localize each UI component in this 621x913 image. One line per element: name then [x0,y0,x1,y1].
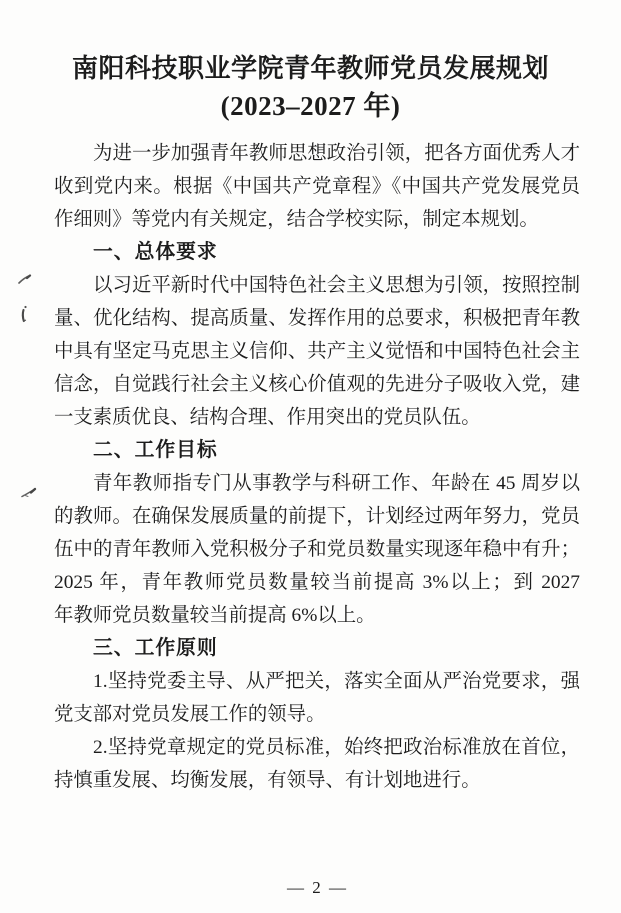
document-title-line1: 南阳科技职业学院青年教师党员发展规划 [0,50,621,88]
paragraph-line: 青年教师指专门从事教学与科研工作、年龄在 45 周岁以下 [54,467,580,500]
paragraph-line: 1.坚持党委主导、从严把关，落实全面从严治党要求，强化 [54,665,580,698]
document-title: 南阳科技职业学院青年教师党员发展规划 (2023–2027 年) [0,0,621,124]
document-body: 为进一步加强青年教师思想政治引领，把各方面优秀人才吸 收到党内来。根据《中国共产… [54,137,580,797]
paragraph-line: 以习近平新时代中国特色社会主义思想为引领，按照控制总 [54,269,580,302]
paragraph-line: 伍中的青年教师入党积极分子和党员数量实现逐年稳中有升；到 [54,533,580,566]
paragraph-line: 收到党内来。根据《中国共产党章程》《中国共产党发展党员工 [54,170,580,203]
paragraph-line: 的教师。在确保发展质量的前提下，计划经过两年努力，党员队 [54,500,580,533]
ink-smudge-icon [18,274,32,284]
document-title-line2: (2023–2027 年) [0,88,621,124]
paragraph-line: 量、优化结构、提高质量、发挥作用的总要求，积极把青年教师 [54,302,580,335]
section-heading-3: 三、工作原则 [54,632,580,665]
section-heading-2: 二、工作目标 [54,434,580,467]
paragraph-line: 年教师党员数量较当前提高 6%以上。 [54,599,580,632]
paragraph-line: 信念，自觉践行社会主义核心价值观的先进分子吸收入党，建设 [54,368,580,401]
ink-smudge-icon [21,487,37,498]
ink-smudge-icon [19,305,29,323]
paragraph-line: 2.坚持党章规定的党员标准，始终把政治标准放在首位，坚 [54,731,580,764]
paragraph-line: 持慎重发展、均衡发展，有领导、有计划地进行。 [54,764,580,797]
paragraph-line: 为进一步加强青年教师思想政治引领，把各方面优秀人才吸 [54,137,580,170]
paragraph-line: 作细则》等党内有关规定，结合学校实际，制定本规划。 [54,203,580,236]
paragraph-line: 2025 年，青年教师党员数量较当前提高 3%以上；到 2027 年，青 [54,566,580,599]
section-heading-1: 一、总体要求 [54,236,580,269]
paragraph-line: 党支部对党员发展工作的领导。 [54,698,580,731]
scanned-document-page: 南阳科技职业学院青年教师党员发展规划 (2023–2027 年) 为进一步加强青… [0,0,621,913]
paragraph-line: 一支素质优良、结构合理、作用突出的党员队伍。 [54,401,580,434]
page-number: — 2 — [0,877,621,899]
paragraph-line: 中具有坚定马克思主义信仰、共产主义觉悟和中国特色社会主义 [54,335,580,368]
